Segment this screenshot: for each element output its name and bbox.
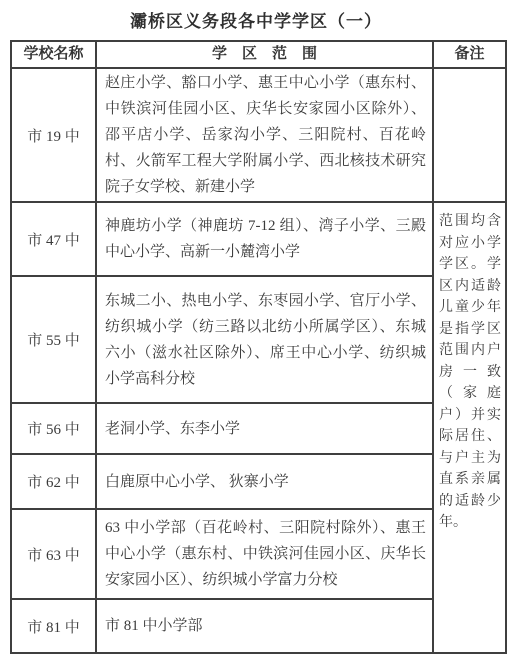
remark-empty <box>433 68 506 202</box>
district-range: 东城二小、热电小学、东枣园小学、官厅小学、纺织城小学（纺三路以北纺小所属学区）、… <box>96 276 433 403</box>
table-row: 市 62 中 白鹿原中心小学、 狄寨小学 <box>11 454 506 509</box>
table-row: 市 63 中 63 中小学部（百花岭村、三阳院村除外）、惠王中心小学（惠东村、中… <box>11 509 506 599</box>
district-range: 市 81 中小学部 <box>96 599 433 653</box>
district-range: 白鹿原中心小学、 狄寨小学 <box>96 454 433 509</box>
school-district-table: 学校名称 学 区 范 围 备注 市 19 中 赵庄小学、豁口小学、惠王中心小学（… <box>10 40 507 654</box>
school-name: 市 81 中 <box>11 599 96 653</box>
header-remark: 备注 <box>433 41 506 68</box>
table-header-row: 学校名称 学 区 范 围 备注 <box>11 41 506 68</box>
remark-note: 范围均含对应小学学区。学区内适龄儿童少年是指学区范围内户房一致（家庭户）并实际居… <box>433 202 506 653</box>
school-name: 市 55 中 <box>11 276 96 403</box>
district-range: 赵庄小学、豁口小学、惠王中心小学（惠东村、中铁滨河佳园小区、庆华长安家园小区除外… <box>96 68 433 202</box>
table-row: 市 19 中 赵庄小学、豁口小学、惠王中心小学（惠东村、中铁滨河佳园小区、庆华长… <box>11 68 506 202</box>
table-row: 市 81 中 市 81 中小学部 <box>11 599 506 653</box>
school-name: 市 19 中 <box>11 68 96 202</box>
school-name: 市 56 中 <box>11 403 96 454</box>
table-row: 市 56 中 老洞小学、东李小学 <box>11 403 506 454</box>
page-title: 灞桥区义务段各中学学区（一） <box>0 11 512 33</box>
district-range: 63 中小学部（百花岭村、三阳院村除外）、惠王中心小学（惠东村、中铁滨河佳园小区… <box>96 509 433 599</box>
header-school-name: 学校名称 <box>11 41 96 68</box>
school-name: 市 62 中 <box>11 454 96 509</box>
district-range: 神鹿坊小学（神鹿坊 7-12 组）、湾子小学、三殿中心小学、高新一小麓湾小学 <box>96 202 433 276</box>
school-name: 市 47 中 <box>11 202 96 276</box>
header-district-range: 学 区 范 围 <box>96 41 433 68</box>
school-name: 市 63 中 <box>11 509 96 599</box>
table-row: 市 47 中 神鹿坊小学（神鹿坊 7-12 组）、湾子小学、三殿中心小学、高新一… <box>11 202 506 276</box>
table-row: 市 55 中 东城二小、热电小学、东枣园小学、官厅小学、纺织城小学（纺三路以北纺… <box>11 276 506 403</box>
district-range: 老洞小学、东李小学 <box>96 403 433 454</box>
